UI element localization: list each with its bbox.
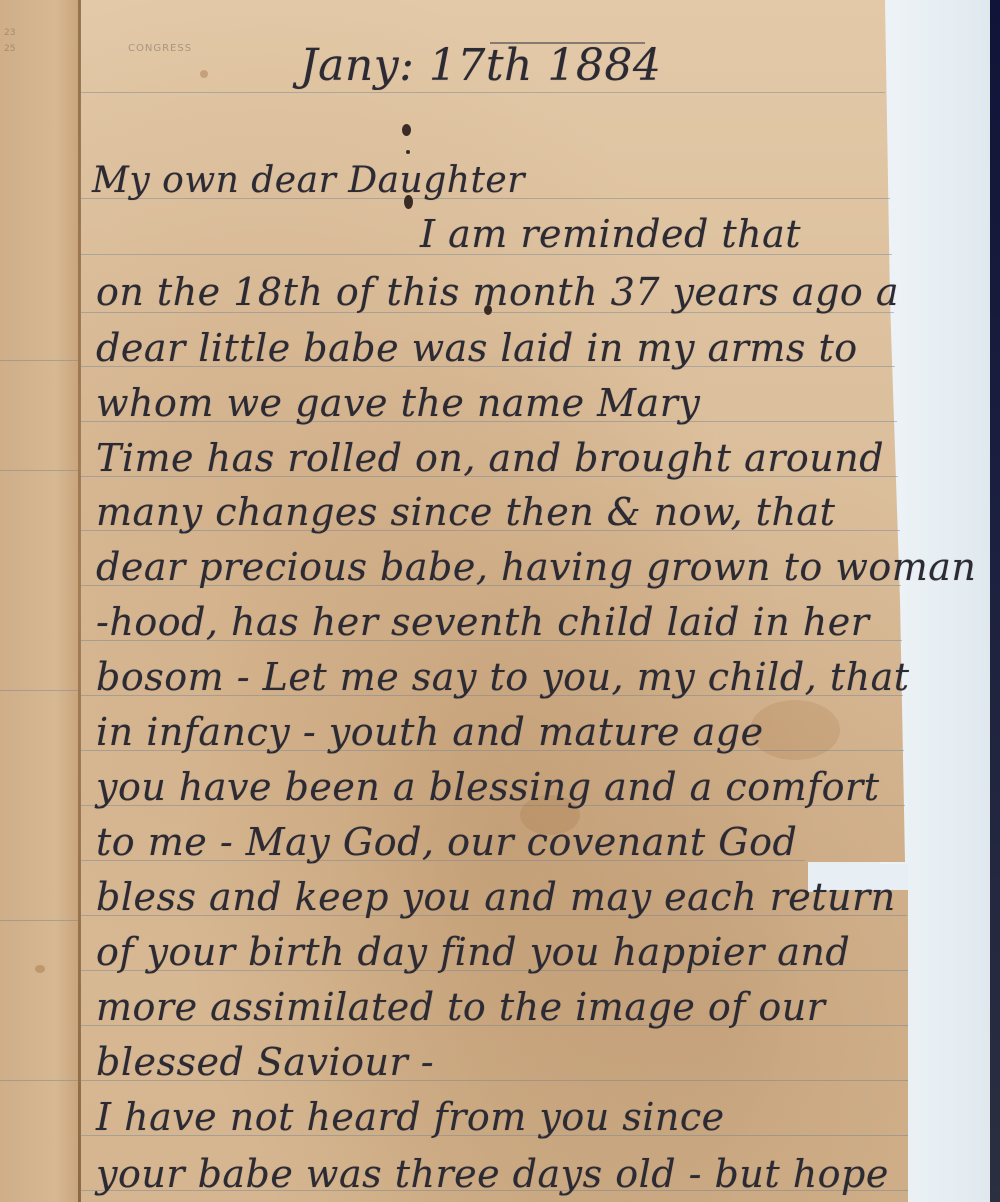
- letter-line: I have not heard from you since: [96, 1095, 725, 1139]
- letter-line: bless and keep you and may each return: [96, 875, 896, 919]
- left-margin-strip: [0, 0, 80, 1202]
- paper-maker-stamp: CONGRESS: [128, 43, 192, 54]
- letter-line: many changes since then & now, that: [96, 490, 835, 534]
- letter-line: whom we gave the name Mary: [96, 381, 700, 425]
- letter-date: Jany: 17th 1884: [300, 40, 661, 91]
- letter-line: dear precious babe, having grown to woma…: [96, 545, 976, 589]
- letter-line: more assimilated to the image of our: [96, 985, 825, 1029]
- paper-fold-line: [78, 0, 81, 1202]
- letter-line: dear little babe was laid in my arms to: [96, 326, 858, 370]
- letter-line: on the 18th of this month 37 years ago a: [96, 270, 899, 314]
- letter-line: blessed Saviour -: [96, 1040, 434, 1084]
- letter-line: in infancy - youth and mature age: [96, 710, 764, 754]
- letter-line: Time has rolled on, and brought around: [96, 436, 884, 480]
- letter-line: -hood, has her seventh child laid in her: [96, 600, 869, 644]
- letter-line: I am reminded that: [420, 212, 801, 256]
- letter-line: your babe was three days old - but hope: [96, 1152, 889, 1196]
- letter-line: bosom - Let me say to you, my child, tha…: [96, 655, 910, 699]
- dark-frame-edge: [990, 0, 1000, 1202]
- letter-line: of your birth day find you happier and: [96, 930, 850, 974]
- letter-line: to me - May God, our covenant God: [96, 820, 797, 864]
- salutation: My own dear Daughter: [92, 160, 525, 201]
- left-margin-stamp: 2325: [4, 25, 15, 57]
- letter-line: you have been a blessing and a comfort: [96, 765, 880, 809]
